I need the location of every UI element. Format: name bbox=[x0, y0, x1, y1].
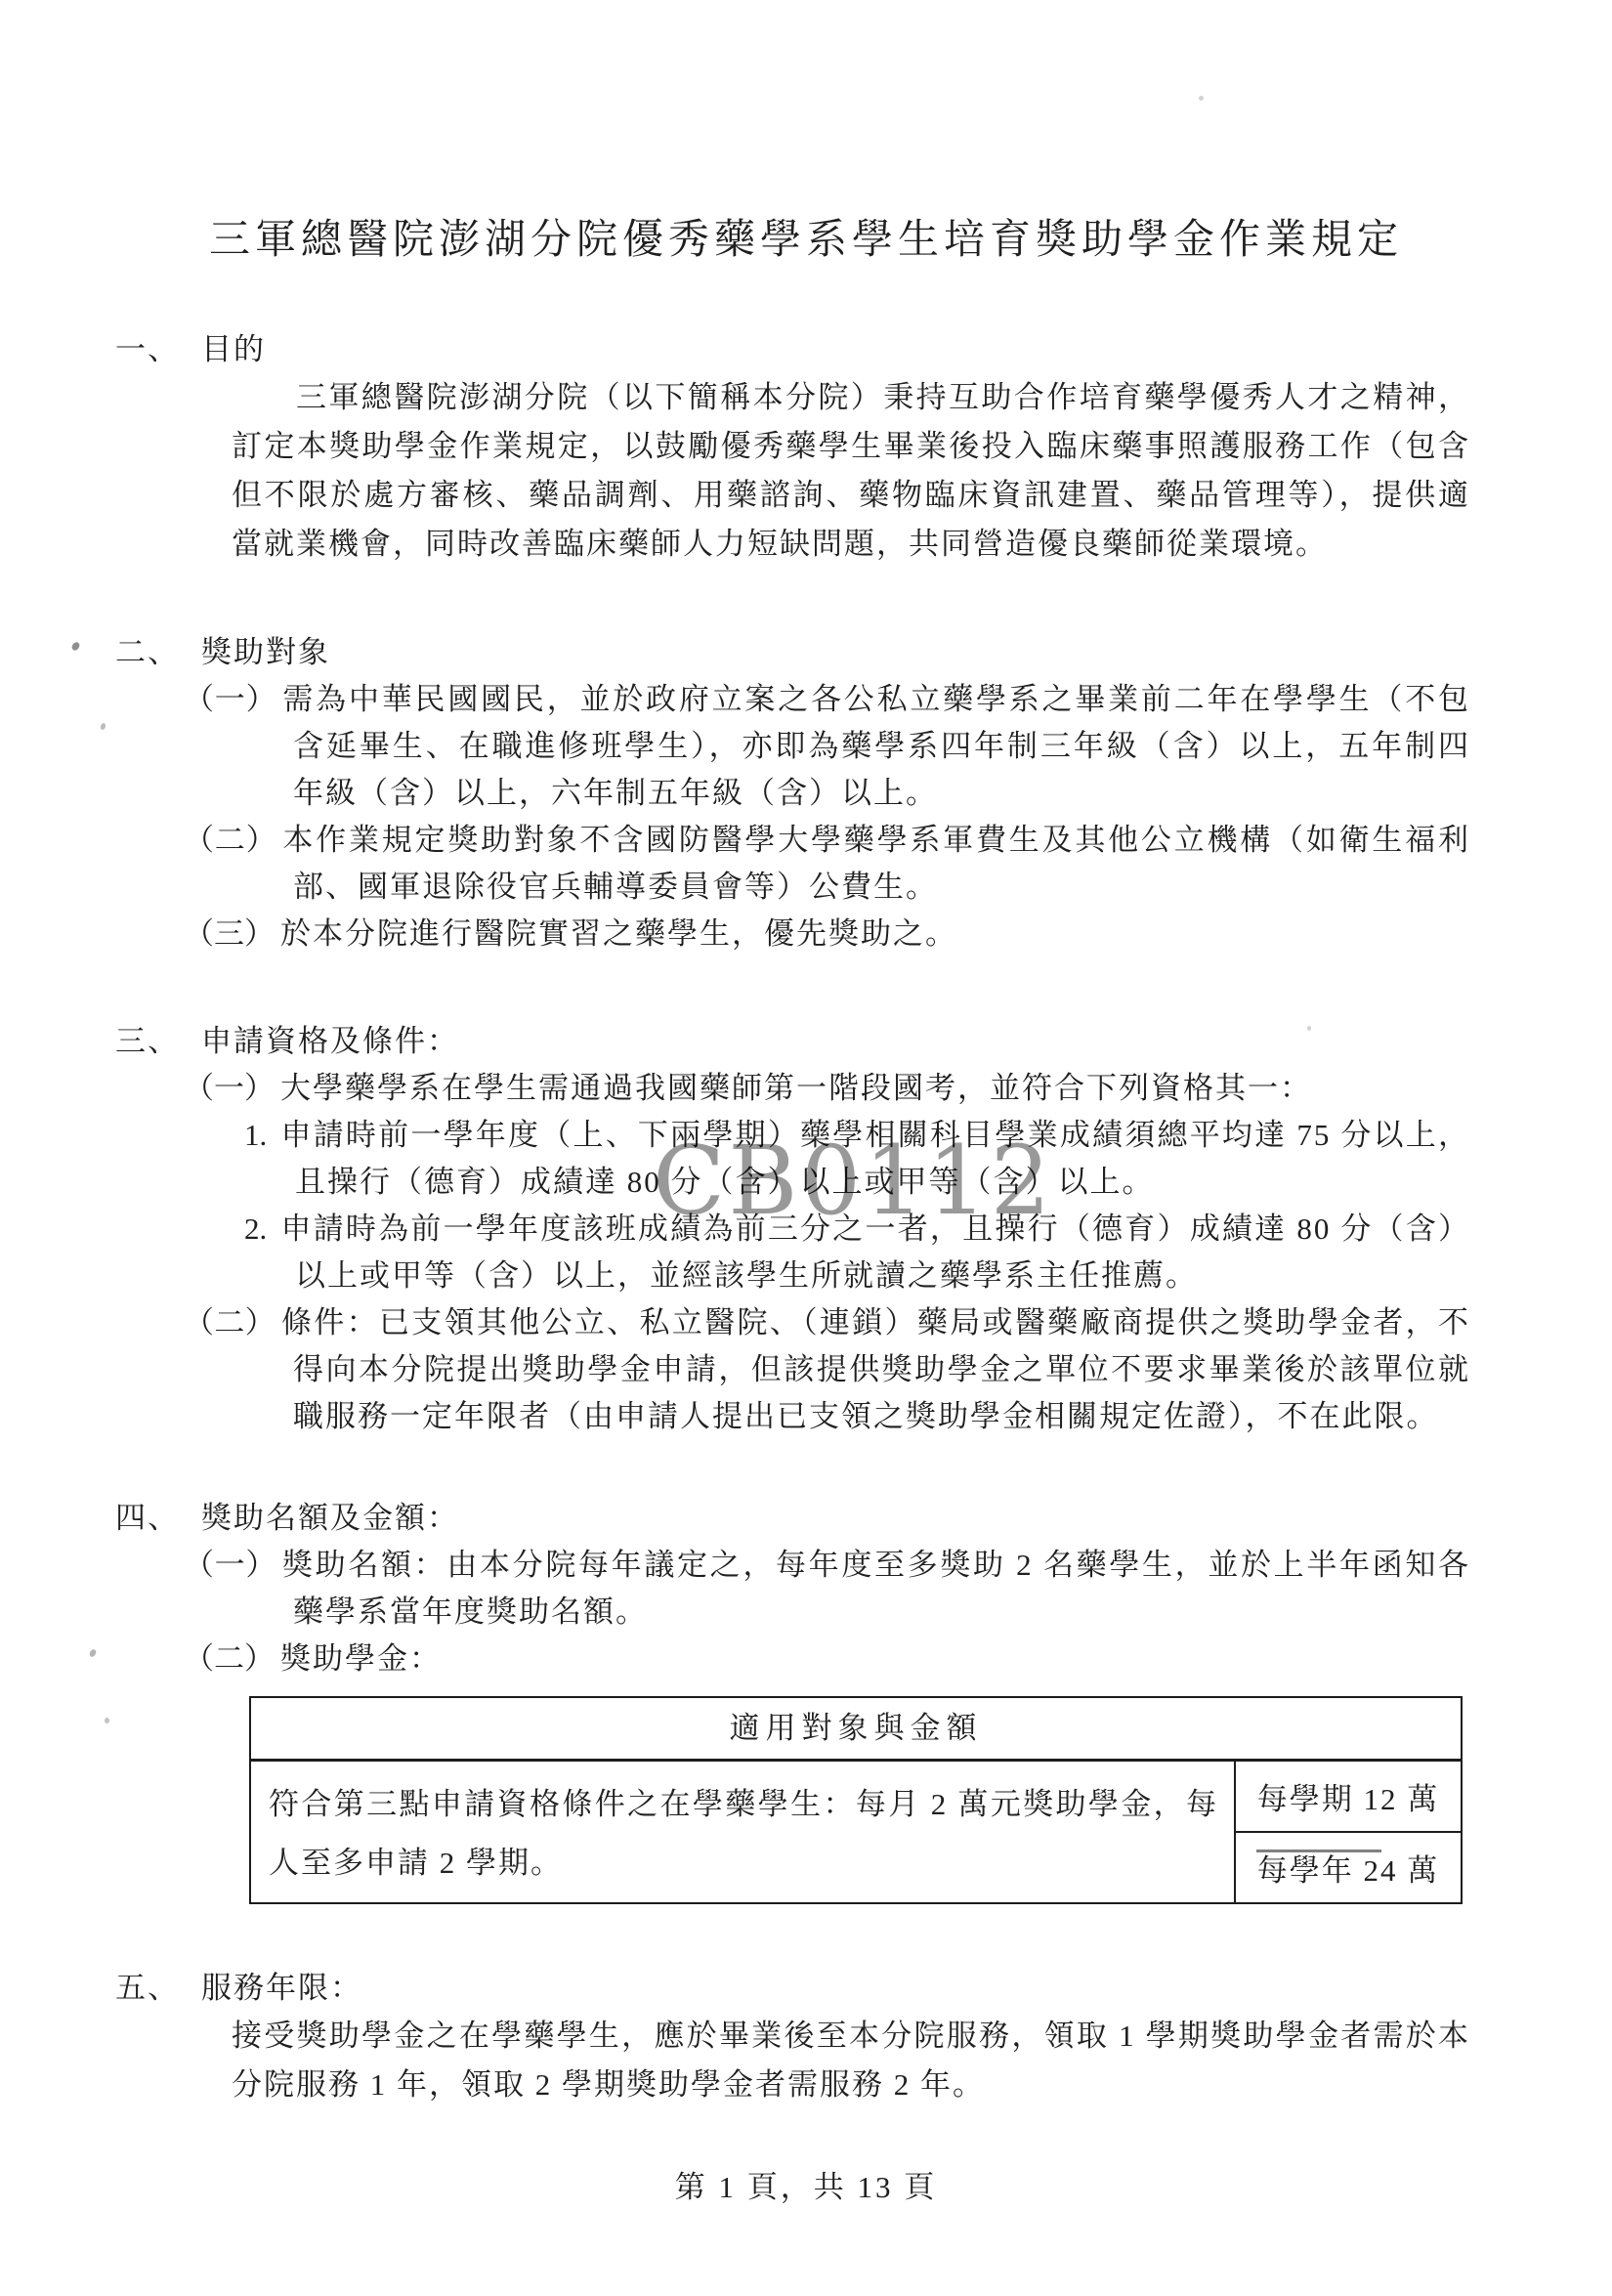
list-item: （二）本作業規定獎助對象不含國防醫學大學藥學系軍費生及其他公立機構（如衛生福利部… bbox=[293, 817, 1470, 911]
section-eligibility: 三、申請資格及條件： （一）大學藥學系在學生需通過我國藥師第一階段國考，並符合下… bbox=[0, 1018, 1612, 1440]
section-service-paragraph: 接受獎助學金之在學藥學生，應於畢業後至本分院服務，領取 1 學期獎助學金者需於本… bbox=[232, 2012, 1470, 2109]
item-text: 本作業規定獎助對象不含國防醫學大學藥學系軍費生及其他公立機構（如衛生福利部、國軍… bbox=[282, 823, 1470, 904]
subitem-marker: 1. bbox=[244, 1118, 267, 1152]
item-text: 於本分院進行醫院實習之藥學生，優先獎助之。 bbox=[280, 916, 957, 951]
section-service-years: 五、服務年限： 接受獎助學金之在學藥學生，應於畢業後至本分院服務，領取 1 學期… bbox=[0, 1965, 1612, 2109]
list-item: （一）獎助名額：由本分院每年議定之，每年度至多獎助 2 名藥學生，並於上半年函知… bbox=[293, 1542, 1470, 1636]
section-heading-label: 獎助對象 bbox=[201, 635, 330, 669]
section-service-heading: 五、服務年限： bbox=[115, 1965, 1470, 2012]
section-purpose-heading: 一、目的 bbox=[115, 326, 1470, 373]
subitem-marker: 2. bbox=[244, 1212, 267, 1246]
scan-speck bbox=[1307, 1026, 1311, 1031]
page-number-footer: 第 1 頁，共 13 頁 bbox=[0, 2162, 1612, 2206]
list-item: （一）大學藥學系在學生需通過我國藥師第一階段國考，並符合下列資格其一： bbox=[293, 1065, 1470, 1112]
subitem-text: 申請時前一學年度（上、下兩學期）藥學相關科目學業成績須總平均達 75 分以上，且… bbox=[280, 1118, 1470, 1199]
section-number: 四、 bbox=[115, 1501, 180, 1535]
section-quota-amount: 四、獎助名額及金額： （一）獎助名額：由本分院每年議定之，每年度至多獎助 2 名… bbox=[0, 1495, 1612, 1904]
list-item: （三）於本分院進行醫院實習之藥學生，優先獎助之。 bbox=[293, 911, 1470, 957]
section-number: 二、 bbox=[115, 635, 180, 669]
scan-speck bbox=[1199, 96, 1204, 101]
table-amount-year-cell: 每學年 24 萬 bbox=[1236, 1833, 1461, 1902]
page-title: 三軍總醫院澎湖分院優秀藥學系學生培育獎助學金作業規定 bbox=[127, 207, 1485, 266]
item-text: 獎助學金： bbox=[280, 1641, 442, 1676]
table-header-cell: 適用對象與金額 bbox=[251, 1698, 1461, 1762]
list-item: （一）需為中華民國國民，並於政府立案之各公私立藥學系之畢業前二年在學學生（不包含… bbox=[293, 676, 1470, 817]
section-number: 五、 bbox=[115, 1971, 180, 2005]
section-recipients-heading: 二、獎助對象 bbox=[115, 629, 1470, 676]
item-marker: （三） bbox=[184, 916, 275, 951]
list-item: （二）條件：已支領其他公立、私立醫院、（連鎖）藥局或醫藥廠商提供之獎助學金者，不… bbox=[293, 1299, 1470, 1440]
section-heading-label: 服務年限： bbox=[201, 1971, 362, 2005]
table-amount-semester-cell: 每學期 12 萬 bbox=[1236, 1762, 1461, 1833]
section-heading-label: 獎助名額及金額： bbox=[201, 1501, 459, 1535]
section-quota-heading: 四、獎助名額及金額： bbox=[115, 1495, 1470, 1542]
list-subitem: 2.申請時為前一學年度該班成績為前三分之一者，且操行（德育）成績達 80 分（含… bbox=[295, 1206, 1470, 1299]
item-marker: （一） bbox=[184, 682, 276, 716]
section-recipients: 二、獎助對象 （一）需為中華民國國民，並於政府立案之各公私立藥學系之畢業前二年在… bbox=[0, 629, 1612, 957]
section-purpose-paragraph: 三軍總醫院澎湖分院（以下簡稱本分院）秉持互助合作培育藥學優秀人才之精神，訂定本獎… bbox=[232, 373, 1470, 569]
scholarship-table: 適用對象與金額 符合第三點申請資格條件之在學藥學生：每月 2 萬元獎助學金，每人… bbox=[249, 1696, 1463, 1904]
item-text: 大學藥學系在學生需通過我國藥師第一階段國考，並符合下列資格其一： bbox=[280, 1071, 1312, 1105]
item-marker: （二） bbox=[184, 1641, 275, 1676]
item-marker: （二） bbox=[184, 823, 276, 857]
item-text: 獎助名額：由本分院每年議定之，每年度至多獎助 2 名藥學生，並於上半年函知各藥學… bbox=[282, 1548, 1470, 1629]
list-subitem: 1.申請時前一學年度（上、下兩學期）藥學相關科目學業成績須總平均達 75 分以上… bbox=[295, 1112, 1470, 1206]
section-eligibility-heading: 三、申請資格及條件： bbox=[115, 1018, 1470, 1065]
subitem-text: 申請時為前一學年度該班成績為前三分之一者，且操行（德育）成績達 80 分（含）以… bbox=[280, 1212, 1470, 1293]
item-marker: （一） bbox=[184, 1071, 275, 1105]
section-purpose: 一、目的 三軍總醫院澎湖分院（以下簡稱本分院）秉持互助合作培育藥學優秀人才之精神… bbox=[0, 326, 1612, 569]
scan-speck bbox=[105, 1718, 109, 1723]
item-text: 條件：已支領其他公立、私立醫院、（連鎖）藥局或醫藥廠商提供之獎助學金者，不得向本… bbox=[281, 1305, 1470, 1433]
table-condition-cell: 符合第三點申請資格條件之在學藥學生：每月 2 萬元獎助學金，每人至多申請 2 學… bbox=[251, 1762, 1234, 1902]
item-text: 需為中華民國國民，並於政府立案之各公私立藥學系之畢業前二年在學學生（不包含延畢生… bbox=[282, 682, 1470, 810]
document-page: { "document": { "title": "三軍總醫院澎湖分院優秀藥學系… bbox=[0, 0, 1612, 2296]
list-item: （二）獎助學金： bbox=[293, 1636, 1470, 1682]
item-marker: （二） bbox=[184, 1305, 276, 1339]
section-number: 一、 bbox=[115, 332, 180, 366]
item-marker: （一） bbox=[184, 1548, 276, 1582]
section-heading-label: 目的 bbox=[201, 332, 266, 366]
section-number: 三、 bbox=[115, 1024, 180, 1058]
scan-artifact-line bbox=[1256, 1850, 1381, 1852]
section-heading-label: 申請資格及條件： bbox=[201, 1024, 459, 1058]
